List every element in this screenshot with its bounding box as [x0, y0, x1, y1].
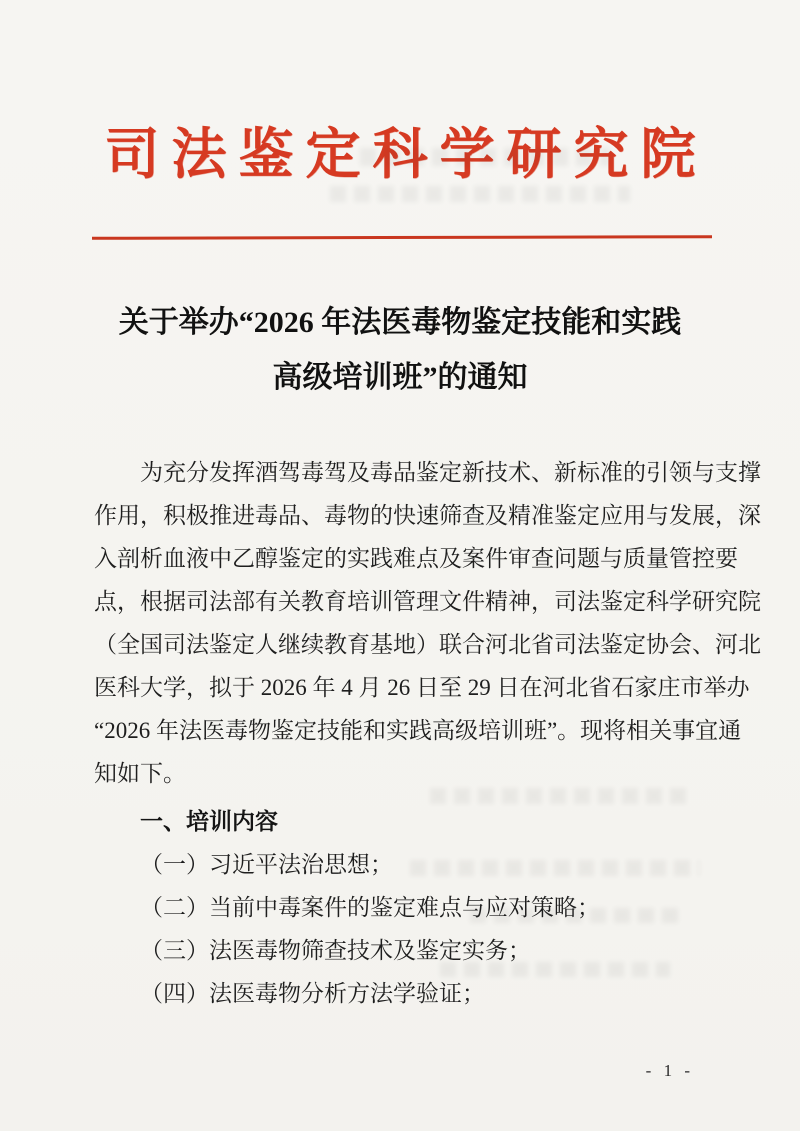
document-title-line2: 高级培训班”的通知	[0, 350, 800, 405]
body-line: “2026 年法医毒物鉴定技能和实践高级培训班”。现将相关事宜通	[94, 709, 712, 752]
body-line: 医科大学，拟于 2026 年 4 月 26 日至 29 日在河北省石家庄市举办	[94, 666, 712, 709]
bleedthrough-artifact	[330, 186, 630, 202]
training-content-list: （一）习近平法治思想； （二）当前中毒案件的鉴定难点与应对策略； （三）法医毒物…	[0, 843, 800, 1015]
body-line: 知如下。	[94, 752, 712, 795]
list-item: （一）习近平法治思想；	[140, 843, 712, 886]
document-title: 关于举办“2026 年法医毒物鉴定技能和实践 高级培训班”的通知	[0, 295, 800, 405]
letterhead-title: 司法鉴定科学研究院	[0, 0, 800, 184]
document-title-line1: 关于举办“2026 年法医毒物鉴定技能和实践	[0, 295, 800, 350]
page-number: - 1 -	[646, 1061, 694, 1081]
red-divider-line	[92, 235, 712, 240]
section-heading-training-content: 一、培训内容	[0, 800, 800, 843]
list-item: （二）当前中毒案件的鉴定难点与应对策略；	[140, 886, 712, 929]
body-line: 作用，积极推进毒品、毒物的快速筛查及精准鉴定应用与发展，深	[94, 494, 712, 537]
body-line: （全国司法鉴定人继续教育基地）联合河北省司法鉴定协会、河北	[94, 623, 712, 666]
body-paragraph: 为充分发挥酒驾毒驾及毒品鉴定新技术、新标准的引领与支撑 作用，积极推进毒品、毒物…	[0, 451, 800, 795]
document-page: 司法鉴定科学研究院 关于举办“2026 年法医毒物鉴定技能和实践 高级培训班”的…	[0, 0, 800, 1131]
list-item: （四）法医毒物分析方法学验证；	[140, 972, 712, 1015]
list-item: （三）法医毒物筛查技术及鉴定实务；	[140, 929, 712, 972]
body-line: 为充分发挥酒驾毒驾及毒品鉴定新技术、新标准的引领与支撑	[94, 451, 712, 494]
body-line: 点，根据司法部有关教育培训管理文件精神，司法鉴定科学研究院	[94, 580, 712, 623]
body-line: 入剖析血液中乙醇鉴定的实践难点及案件审查问题与质量管控要	[94, 537, 712, 580]
